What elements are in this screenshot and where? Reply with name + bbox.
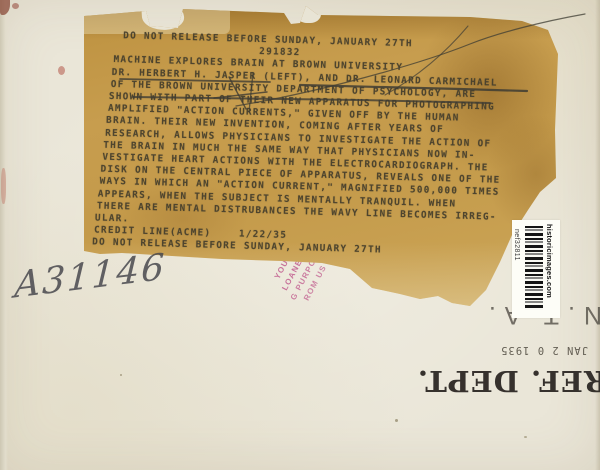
caption-lines: DO NOT RELEASE BEFORE SUNDAY, JANUARY 27… [110, 30, 504, 260]
date-received-stamp: JAN 2 0 1935 [462, 344, 588, 356]
ref-dept-stamp: REF. DEPT. [408, 364, 600, 398]
press-photo-back: Inc,TYME':YOURLOANED,G PURPOSESROM US DO… [0, 0, 600, 470]
dust-speck [524, 436, 527, 438]
catalog-number-handwriting: A31146 [13, 246, 167, 306]
dust-speck [120, 374, 122, 376]
slip-tape-remnant [78, 6, 230, 34]
torn-patch [141, 3, 185, 32]
edge-stain [0, 0, 10, 15]
torn-patch [297, 4, 321, 23]
edge-stain [12, 3, 19, 9]
photo-right-edge [595, 0, 600, 470]
edge-stain [1, 168, 6, 204]
photo-left-edge [0, 0, 8, 470]
watermark-id: nef32811 [513, 229, 520, 261]
barcode [525, 226, 543, 310]
dust-speck [395, 419, 398, 422]
watermark-strip: nef32811 historicimages.com [512, 220, 560, 318]
stain-dot [58, 66, 65, 75]
watermark-site: historicimages.com [545, 224, 554, 298]
